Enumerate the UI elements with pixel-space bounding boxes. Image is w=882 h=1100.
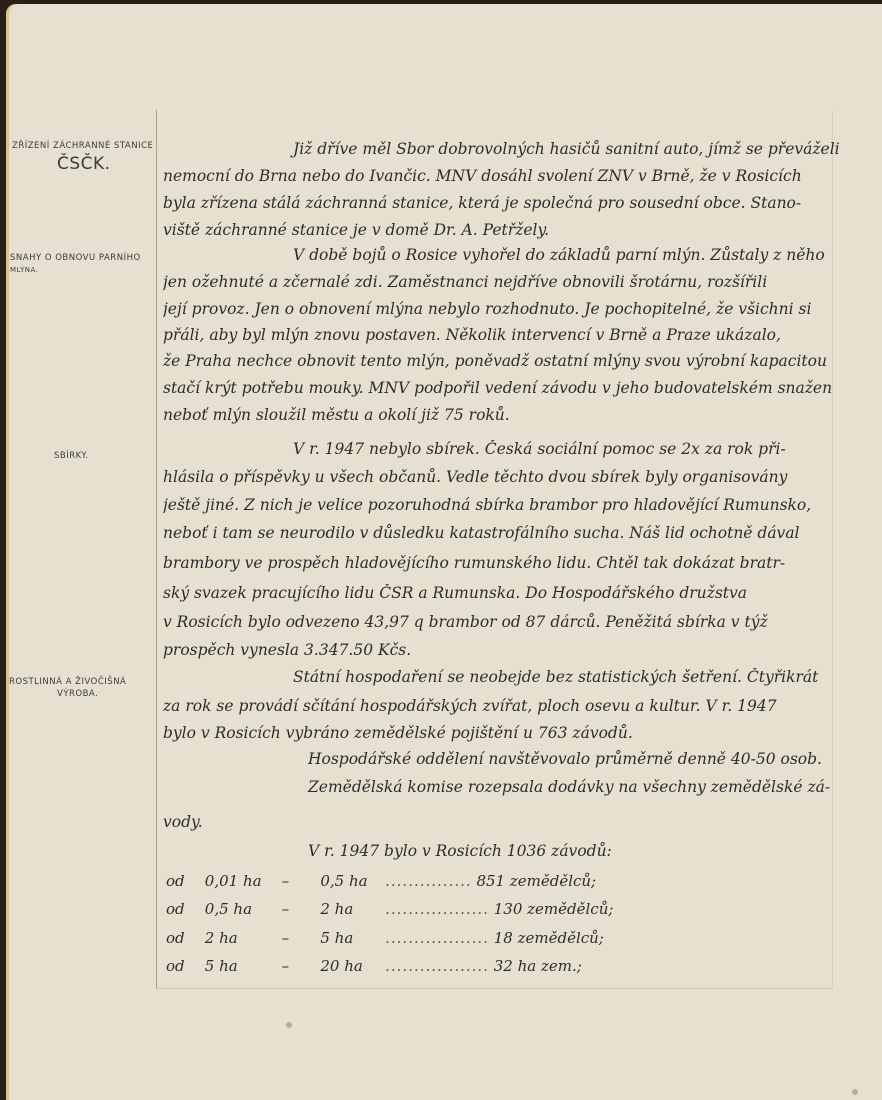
text-line: V r. 1947 nebylo sbírek. Česká sociální … (163, 440, 882, 458)
text-line: nemocní do Brna nebo do Ivančic. MNV dos… (163, 167, 833, 185)
row-from: 2 ha (205, 929, 277, 947)
text-line: její provoz. Jen o obnovení mlýna nebylo… (163, 300, 833, 318)
row-leader-dots: .................. (385, 900, 489, 918)
farm-table-row: od 5 ha – 20 ha .................. 32 ha… (166, 957, 582, 975)
text-line: byla zřízena stálá záchranná stanice, kt… (163, 194, 833, 212)
row-dash: – (282, 957, 316, 975)
row-to: 2 ha (320, 900, 380, 918)
row-from: 0,01 ha (205, 872, 277, 890)
row-count: 130 zemědělců; (494, 900, 614, 918)
text-line: V době bojů o Rosice vyhořel do základů … (163, 246, 882, 264)
text-line: vody. (163, 813, 833, 831)
row-from: 0,5 ha (205, 900, 277, 918)
margin-note-title: Zřízení záchranné stanice (12, 140, 153, 152)
margin-note-collections: Sbírky. (54, 450, 89, 462)
row-count: 851 zemědělců; (476, 872, 596, 890)
row-dash: – (282, 929, 316, 947)
row-prefix: od (166, 900, 200, 918)
margin-note-title: Snahy o obnovu parního (10, 252, 141, 264)
row-count: 32 ha zem.; (494, 957, 582, 975)
farm-table-row: od 0,01 ha – 0,5 ha ............... 851 … (166, 872, 596, 890)
text-line: hlásila o příspěvky u všech občanů. Vedl… (163, 468, 833, 486)
text-line: že Praha nechce obnovit tento mlýn, poně… (163, 352, 833, 370)
row-dash: – (282, 900, 316, 918)
text-line: za rok se provádí sčítání hospodářských … (163, 697, 833, 715)
row-leader-dots: .................. (385, 929, 489, 947)
text-line: ský svazek pracujícího lidu ČSR a Rumuns… (163, 584, 833, 602)
farm-table-row: od 0,5 ha – 2 ha .................. 130 … (166, 900, 613, 918)
margin-note-subtitle: ČSČK. (57, 158, 153, 170)
margin-note-title: Sbírky. (54, 450, 89, 462)
text-line: prospěch vynesla 3.347.50 Kčs. (163, 641, 833, 659)
text-line: V r. 1947 bylo v Rosicích 1036 závodů: (163, 842, 882, 860)
row-leader-dots: ............... (385, 872, 472, 890)
row-prefix: od (166, 957, 200, 975)
paper-speck (286, 1022, 292, 1028)
margin-note-rescue-station: Zřízení záchranné stanice ČSČK. (12, 140, 153, 170)
margin-note-subtitle: výroba. (57, 688, 126, 700)
text-line: přáli, aby byl mlýn znovu postaven. Něko… (163, 326, 833, 344)
text-line: stačí krýt potřebu mouky. MNV podpořil v… (163, 379, 833, 397)
text-line: neboť i tam se neurodilo v důsledku kata… (163, 524, 833, 542)
row-to: 0,5 ha (320, 872, 380, 890)
row-leader-dots: .................. (385, 957, 489, 975)
text-line: jen ožehnuté a zčernalé zdi. Zaměstnanci… (163, 273, 833, 291)
chronicle-page: Zřízení záchranné stanice ČSČK. Snahy o … (6, 4, 882, 1100)
text-line: Státní hospodaření se neobejde bez stati… (163, 668, 882, 686)
row-dash: – (282, 872, 316, 890)
text-line: ještě jiné. Z nich je velice pozoruhodná… (163, 496, 833, 514)
margin-note-subtitle: mlýna. (10, 264, 141, 276)
text-line: v Rosicích bylo odvezeno 43,97 q brambor… (163, 613, 833, 631)
row-prefix: od (166, 929, 200, 947)
row-from: 5 ha (205, 957, 277, 975)
row-count: 18 zemědělců; (494, 929, 604, 947)
row-to: 5 ha (320, 929, 380, 947)
margin-note-title: Rostlinná a živočišná (9, 676, 126, 688)
text-line: brambory ve prospěch hladovějícího rumun… (163, 554, 833, 572)
text-line: Již dříve měl Sbor dobrovolných hasičů s… (163, 140, 882, 158)
text-line: neboť mlýn sloužil městu a okolí již 75 … (163, 406, 833, 424)
text-line: Hospodářské oddělení navštěvovalo průměr… (163, 750, 882, 768)
paper-speck (852, 1089, 858, 1095)
text-line: bylo v Rosicích vybráno zemědělské pojiš… (163, 724, 833, 742)
text-line: viště záchranné stanice je v domě Dr. A.… (163, 221, 833, 239)
row-to: 20 ha (320, 957, 380, 975)
row-prefix: od (166, 872, 200, 890)
margin-note-production: Rostlinná a živočišná výroba. (9, 676, 126, 700)
margin-note-mill: Snahy o obnovu parního mlýna. (10, 252, 141, 276)
text-line: Zemědělská komise rozepsala dodávky na v… (163, 778, 882, 796)
farm-table-row: od 2 ha – 5 ha .................. 18 zem… (166, 929, 604, 947)
